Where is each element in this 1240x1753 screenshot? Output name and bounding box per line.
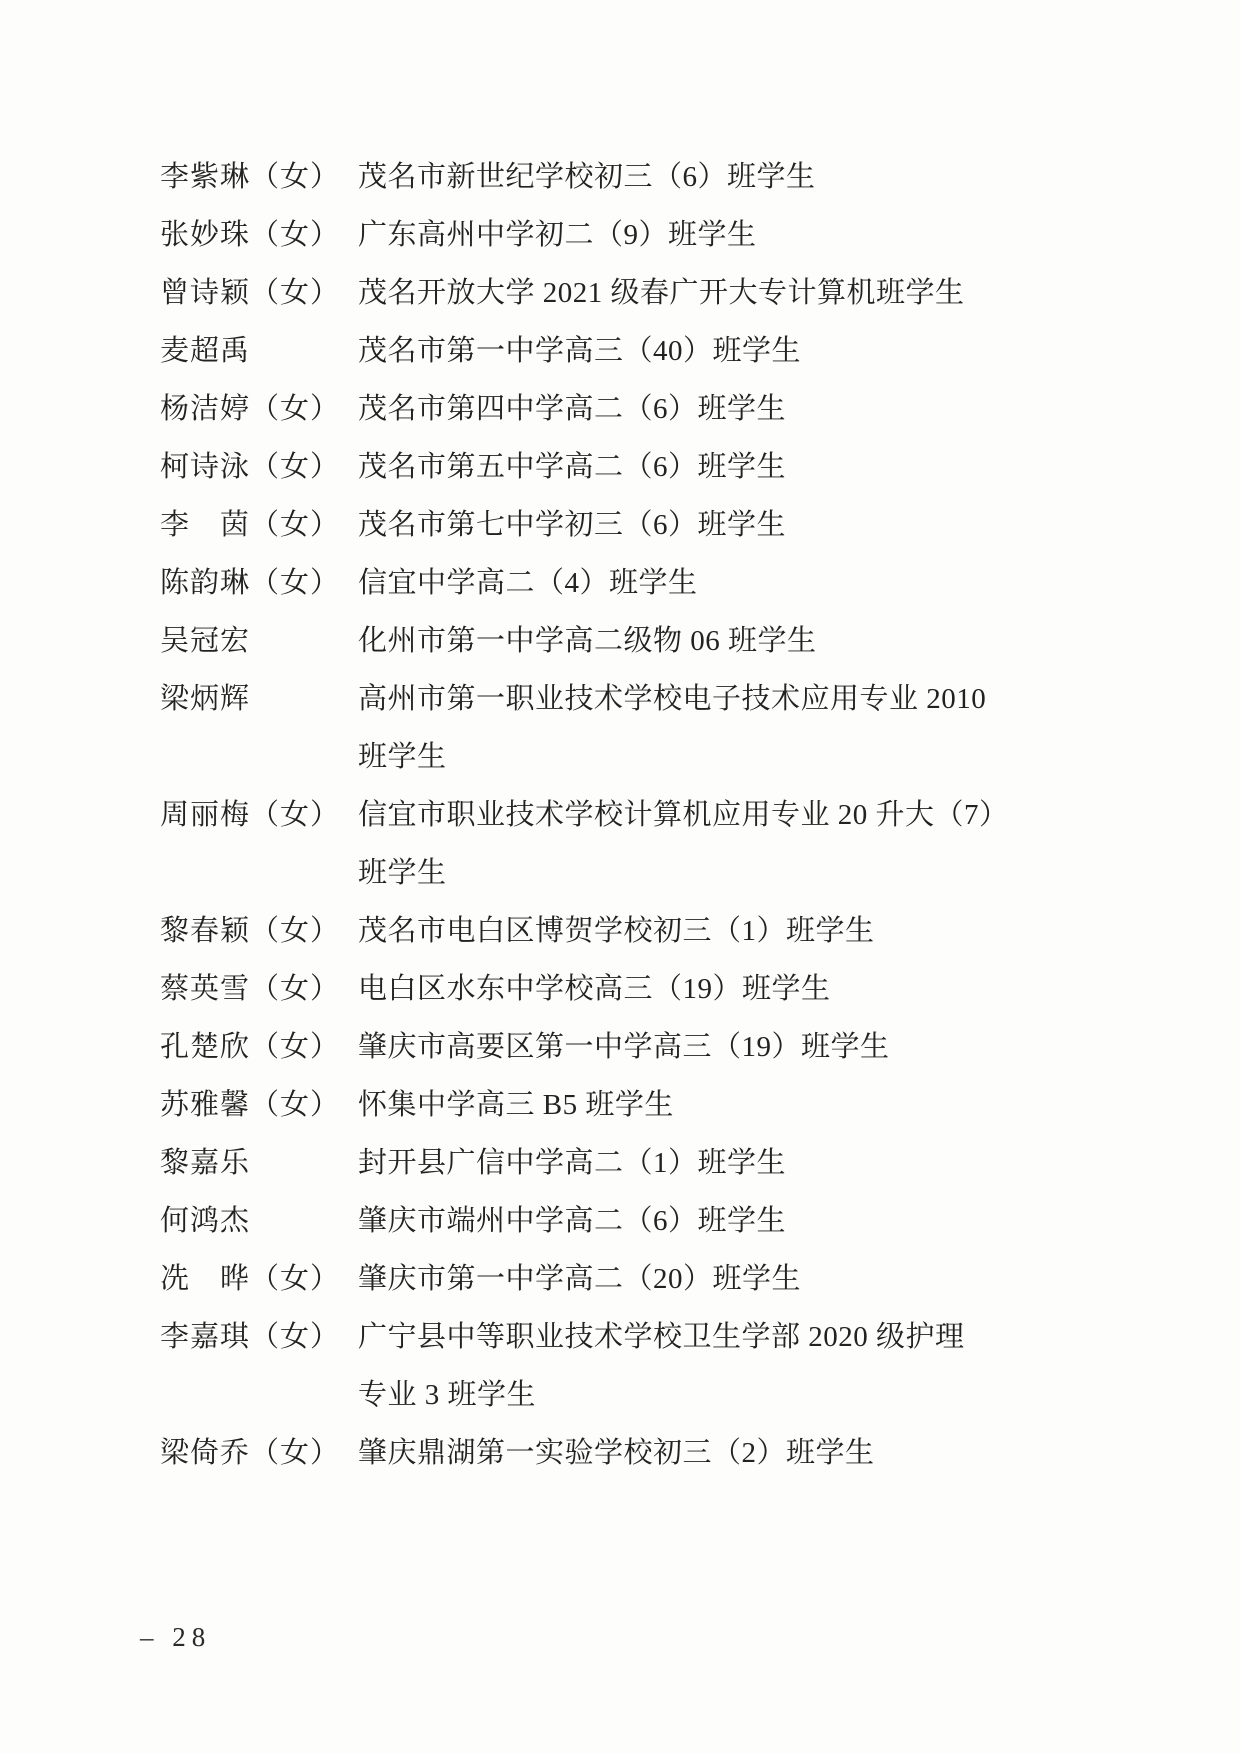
student-desc: 封开县广信中学高二（1）班学生 [358,1134,1110,1192]
student-desc-line: 肇庆市高要区第一中学高三（19）班学生 [358,1018,1110,1076]
student-entry: 张妙珠（女）广东高州中学初二（9）班学生 [160,206,1110,264]
student-name: 陈韵琳（女） [160,554,358,612]
student-name: 吴冠宏 [160,612,358,670]
student-name: 孔楚欣（女） [160,1018,358,1076]
student-name: 苏雅馨（女） [160,1076,358,1134]
student-name: 曾诗颖（女） [160,264,358,322]
student-desc: 茂名市第七中学初三（6）班学生 [358,496,1110,554]
student-desc: 化州市第一中学高二级物 06 班学生 [358,612,1110,670]
student-entry: 周丽梅（女）信宜市职业技术学校计算机应用专业 20 升大（7）班学生 [160,786,1110,902]
student-desc-line: 茂名市第四中学高二（6）班学生 [358,380,1110,438]
student-entry: 杨洁婷（女）茂名市第四中学高二（6）班学生 [160,380,1110,438]
student-desc: 茂名市第四中学高二（6）班学生 [358,380,1110,438]
student-entry: 梁炳辉高州市第一职业技术学校电子技术应用专业 2010班学生 [160,670,1110,786]
student-name: 梁倚乔（女） [160,1424,358,1482]
student-desc-line: 肇庆市端州中学高二（6）班学生 [358,1192,1110,1250]
student-desc-line: 班学生 [358,728,1110,786]
student-entry: 李紫琳（女）茂名市新世纪学校初三（6）班学生 [160,148,1110,206]
student-entry: 柯诗泳（女）茂名市第五中学高二（6）班学生 [160,438,1110,496]
page-number: – 28 [140,1622,211,1653]
student-desc: 肇庆市端州中学高二（6）班学生 [358,1192,1110,1250]
document-page: 李紫琳（女）茂名市新世纪学校初三（6）班学生张妙珠（女）广东高州中学初二（9）班… [0,0,1240,1753]
student-desc-line: 高州市第一职业技术学校电子技术应用专业 2010 [358,670,1110,728]
student-desc-line: 怀集中学高三 B5 班学生 [358,1076,1110,1134]
student-name: 麦超禹 [160,322,358,380]
student-name: 李紫琳（女） [160,148,358,206]
student-desc-line: 班学生 [358,844,1110,902]
student-name: 冼 晔（女） [160,1250,358,1308]
student-name: 黎春颖（女） [160,902,358,960]
student-entry: 李 茵（女）茂名市第七中学初三（6）班学生 [160,496,1110,554]
student-entry: 苏雅馨（女）怀集中学高三 B5 班学生 [160,1076,1110,1134]
student-desc-line: 肇庆市第一中学高二（20）班学生 [358,1250,1110,1308]
student-list: 李紫琳（女）茂名市新世纪学校初三（6）班学生张妙珠（女）广东高州中学初二（9）班… [160,148,1110,1482]
student-desc: 茂名市新世纪学校初三（6）班学生 [358,148,1110,206]
student-desc-line: 化州市第一中学高二级物 06 班学生 [358,612,1110,670]
student-name: 周丽梅（女） [160,786,358,844]
student-name: 黎嘉乐 [160,1134,358,1192]
student-desc: 茂名开放大学 2021 级春广开大专计算机班学生 [358,264,1110,322]
student-entry: 孔楚欣（女）肇庆市高要区第一中学高三（19）班学生 [160,1018,1110,1076]
student-entry: 冼 晔（女）肇庆市第一中学高二（20）班学生 [160,1250,1110,1308]
student-desc-line: 肇庆鼎湖第一实验学校初三（2）班学生 [358,1424,1110,1482]
student-desc: 高州市第一职业技术学校电子技术应用专业 2010班学生 [358,670,1110,786]
student-desc-line: 信宜市职业技术学校计算机应用专业 20 升大（7） [358,786,1110,844]
student-desc-line: 广东高州中学初二（9）班学生 [358,206,1110,264]
student-desc-line: 信宜中学高二（4）班学生 [358,554,1110,612]
student-entry: 梁倚乔（女）肇庆鼎湖第一实验学校初三（2）班学生 [160,1424,1110,1482]
student-desc-line: 茂名市第一中学高三（40）班学生 [358,322,1110,380]
student-desc: 茂名市第一中学高三（40）班学生 [358,322,1110,380]
student-desc: 信宜中学高二（4）班学生 [358,554,1110,612]
student-desc-line: 茂名市第五中学高二（6）班学生 [358,438,1110,496]
student-desc: 广宁县中等职业技术学校卫生学部 2020 级护理专业 3 班学生 [358,1308,1110,1424]
student-name: 李嘉琪（女） [160,1308,358,1366]
student-entry: 李嘉琪（女）广宁县中等职业技术学校卫生学部 2020 级护理专业 3 班学生 [160,1308,1110,1424]
student-name: 杨洁婷（女） [160,380,358,438]
student-entry: 陈韵琳（女）信宜中学高二（4）班学生 [160,554,1110,612]
student-desc-line: 茂名市新世纪学校初三（6）班学生 [358,148,1110,206]
student-desc: 电白区水东中学校高三（19）班学生 [358,960,1110,1018]
student-desc-line: 专业 3 班学生 [358,1366,1110,1424]
student-desc: 肇庆市高要区第一中学高三（19）班学生 [358,1018,1110,1076]
student-entry: 何鸿杰肇庆市端州中学高二（6）班学生 [160,1192,1110,1250]
student-desc: 肇庆鼎湖第一实验学校初三（2）班学生 [358,1424,1110,1482]
student-desc: 怀集中学高三 B5 班学生 [358,1076,1110,1134]
student-desc: 茂名市第五中学高二（6）班学生 [358,438,1110,496]
student-desc: 茂名市电白区博贺学校初三（1）班学生 [358,902,1110,960]
student-desc-line: 茂名市电白区博贺学校初三（1）班学生 [358,902,1110,960]
student-name: 蔡英雪（女） [160,960,358,1018]
student-desc-line: 茂名市第七中学初三（6）班学生 [358,496,1110,554]
student-entry: 麦超禹茂名市第一中学高三（40）班学生 [160,322,1110,380]
student-entry: 黎嘉乐封开县广信中学高二（1）班学生 [160,1134,1110,1192]
student-entry: 蔡英雪（女）电白区水东中学校高三（19）班学生 [160,960,1110,1018]
student-name: 梁炳辉 [160,670,358,728]
student-desc: 信宜市职业技术学校计算机应用专业 20 升大（7）班学生 [358,786,1110,902]
student-entry: 黎春颖（女）茂名市电白区博贺学校初三（1）班学生 [160,902,1110,960]
student-entry: 吴冠宏化州市第一中学高二级物 06 班学生 [160,612,1110,670]
student-desc-line: 封开县广信中学高二（1）班学生 [358,1134,1110,1192]
student-name: 何鸿杰 [160,1192,358,1250]
student-desc-line: 广宁县中等职业技术学校卫生学部 2020 级护理 [358,1308,1110,1366]
student-desc: 广东高州中学初二（9）班学生 [358,206,1110,264]
student-desc-line: 电白区水东中学校高三（19）班学生 [358,960,1110,1018]
student-entry: 曾诗颖（女）茂名开放大学 2021 级春广开大专计算机班学生 [160,264,1110,322]
student-name: 李 茵（女） [160,496,358,554]
student-desc-line: 茂名开放大学 2021 级春广开大专计算机班学生 [358,264,1110,322]
student-desc: 肇庆市第一中学高二（20）班学生 [358,1250,1110,1308]
student-name: 柯诗泳（女） [160,438,358,496]
student-name: 张妙珠（女） [160,206,358,264]
